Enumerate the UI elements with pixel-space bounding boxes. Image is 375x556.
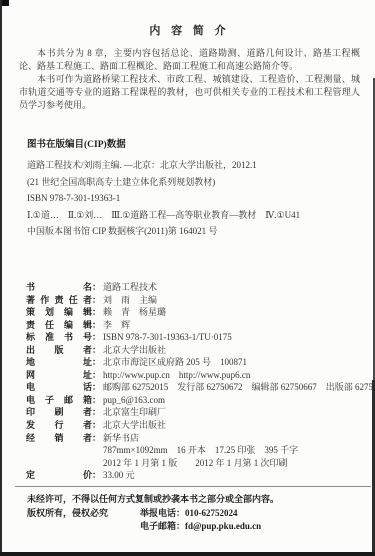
- detail-label: 电话: [26, 381, 92, 394]
- detail-row-book-title: 书名：道路工程技术: [26, 281, 372, 294]
- detail-label: [26, 444, 92, 457]
- detail-row-author: 著作责任者：刘 雨 主编: [26, 294, 372, 307]
- detail-label: [26, 457, 92, 470]
- detail-row-publisher: 出版者：北京大学出版社: [26, 344, 372, 357]
- detail-value: 787mm×1092mm 16 开本 17.25 印张 395 千字: [103, 444, 372, 457]
- detail-value: ISBN 978-7-301-19363-1/TU·0175: [103, 331, 372, 344]
- detail-value: 北京大学出版社: [103, 419, 372, 432]
- detail-value: 邮购部 62752015 发行部 62750672 编辑部 62750667 出…: [103, 381, 375, 394]
- rights-statement: 版权所有，侵权必究: [27, 507, 140, 521]
- detail-value: http://www.pup.cn http://www.pup6.cn: [103, 369, 372, 382]
- label-colon: ：: [92, 394, 103, 407]
- detail-row-address: 地址：北京市海淀区成府路 205 号 100871: [26, 356, 372, 369]
- scan-artifact-bottom-edge: [0, 552, 375, 556]
- scan-artifact-left-edge: [0, 0, 2, 556]
- footer-row-rights: 版权所有，侵权必究 举报电话：010-62752024: [27, 507, 359, 521]
- cip-line-series: (21 世纪全国高职高专土建立体化系列规划教材): [27, 177, 360, 187]
- cip-line-title: 道路工程技术/刘雨主编. —北京：北京大学出版社，2012.1: [27, 160, 360, 170]
- publication-details: 书名：道路工程技术 著作责任者：刘 雨 主编 策划编辑：赖 青 杨星璐 责任编辑…: [26, 281, 372, 482]
- detail-row-printer: 印刷者：北京富生印刷厂: [26, 406, 372, 419]
- copyright-warning: 未经许可，不得以任何方式复制或抄袭本书之部分或全部内容。: [27, 493, 359, 507]
- detail-row-managing-editor: 责任编辑：李 辉: [26, 319, 372, 332]
- label-colon: ：: [92, 294, 103, 307]
- detail-label: 标准书号: [26, 331, 92, 344]
- label-colon: ：: [92, 331, 103, 344]
- detail-value: 刘 雨 主编: [103, 294, 372, 307]
- detail-row-email: 电子邮箱：pup_6@163.com: [26, 394, 372, 407]
- detail-value: 新华书店: [103, 432, 372, 445]
- detail-row-isbn: 标准书号：ISBN 978-7-301-19363-1/TU·0175: [26, 331, 372, 344]
- detail-row-planning-editor: 策划编辑：赖 青 杨星璐: [26, 306, 372, 319]
- detail-value: 道路工程技术: [103, 281, 372, 294]
- intro-paragraph-2: 本书可作为道路桥梁工程技术、市政工程、城镇建设、工程造价、工程测量、城市轨道交通…: [19, 73, 360, 112]
- cip-line-classification: Ⅰ.①道… Ⅱ.①刘… Ⅲ.①道路工程—高等职业教育—教材 Ⅳ.①U41: [27, 210, 360, 220]
- detail-label: 发行者: [26, 419, 92, 432]
- detail-label: 责任编辑: [26, 319, 92, 332]
- detail-row-phone: 电话：邮购部 62752015 发行部 62750672 编辑部 6275066…: [26, 381, 372, 394]
- detail-label: 出版者: [26, 344, 92, 357]
- label-colon: ：: [92, 281, 103, 294]
- label-colon: ：: [92, 419, 103, 432]
- cip-section: 图书在版编目(CIP)数据 道路工程技术/刘雨主编. —北京：北京大学出版社，2…: [27, 136, 360, 243]
- detail-value: 北京市海淀区成府路 205 号 100871: [103, 356, 372, 369]
- label-colon: ：: [92, 306, 103, 319]
- detail-label: 网址: [26, 369, 92, 382]
- detail-row-seller: 经销者：新华书店: [26, 432, 372, 445]
- detail-row-format: ：787mm×1092mm 16 开本 17.25 印张 395 千字: [26, 444, 372, 457]
- detail-value: 北京大学出版社: [103, 344, 372, 357]
- divider-line: [15, 486, 371, 487]
- label-colon: ：: [92, 469, 103, 482]
- detail-row-distributor: 发行者：北京大学出版社: [26, 419, 372, 432]
- detail-label: 印刷者: [26, 406, 92, 419]
- detail-value: 北京富生印刷厂: [103, 406, 372, 419]
- label-colon: ：: [92, 344, 103, 357]
- detail-value: pup_6@163.com: [103, 394, 372, 407]
- detail-value: 2012 年 1 月第 1 版 2012 年 1 月第 1 次印刷: [103, 457, 372, 470]
- detail-label: 著作责任者: [26, 294, 92, 307]
- label-colon: ：: [92, 381, 103, 394]
- detail-label: 书名: [26, 281, 92, 294]
- detail-row-edition: ：2012 年 1 月第 1 版 2012 年 1 月第 1 次印刷: [26, 457, 372, 470]
- detail-label: 电子邮箱: [26, 394, 92, 407]
- detail-row-website: 网址：http://www.pup.cn http://www.pup6.cn: [26, 369, 372, 382]
- cip-line-isbn: ISBN 978-7-301-19363-1: [27, 193, 360, 203]
- label-colon: ：: [92, 319, 103, 332]
- detail-value: 李 辉: [103, 319, 372, 332]
- report-phone: 举报电话：010-62752024: [140, 507, 238, 521]
- label-colon: ：: [92, 356, 103, 369]
- footer-section: 未经许可，不得以任何方式复制或抄袭本书之部分或全部内容。 版权所有，侵权必究 举…: [27, 493, 359, 534]
- label-colon: ：: [92, 432, 103, 445]
- intro-paragraph-1: 本书共分为 8 章，主要内容包括总论、道路勘测、道路几何设计、路基工程概论、路基…: [19, 47, 360, 73]
- footer-email: 电子邮箱：fd@pup.pku.edu.cn: [27, 520, 359, 534]
- detail-label: 地址: [26, 356, 92, 369]
- label-colon: ：: [92, 406, 103, 419]
- intro-title: 内 容 简 介: [19, 22, 360, 38]
- label-colon: ：: [92, 369, 103, 382]
- cip-line-registry: 中国版本图书馆 CIP 数据核字(2011)第 164021 号: [27, 226, 360, 236]
- detail-label: 定价: [26, 469, 92, 482]
- copyright-page: 内 容 简 介 本书共分为 8 章，主要内容包括总论、道路勘测、道路几何设计、路…: [0, 0, 375, 556]
- detail-label: 经销者: [26, 432, 92, 445]
- detail-label: 策划编辑: [26, 306, 92, 319]
- intro-section: 内 容 简 介 本书共分为 8 章，主要内容包括总论、道路勘测、道路几何设计、路…: [19, 22, 360, 112]
- cip-heading: 图书在版编目(CIP)数据: [27, 136, 360, 150]
- detail-row-price: 定价：33.00 元: [26, 469, 372, 482]
- detail-value: 赖 青 杨星璐: [103, 306, 372, 319]
- detail-value: 33.00 元: [103, 469, 372, 482]
